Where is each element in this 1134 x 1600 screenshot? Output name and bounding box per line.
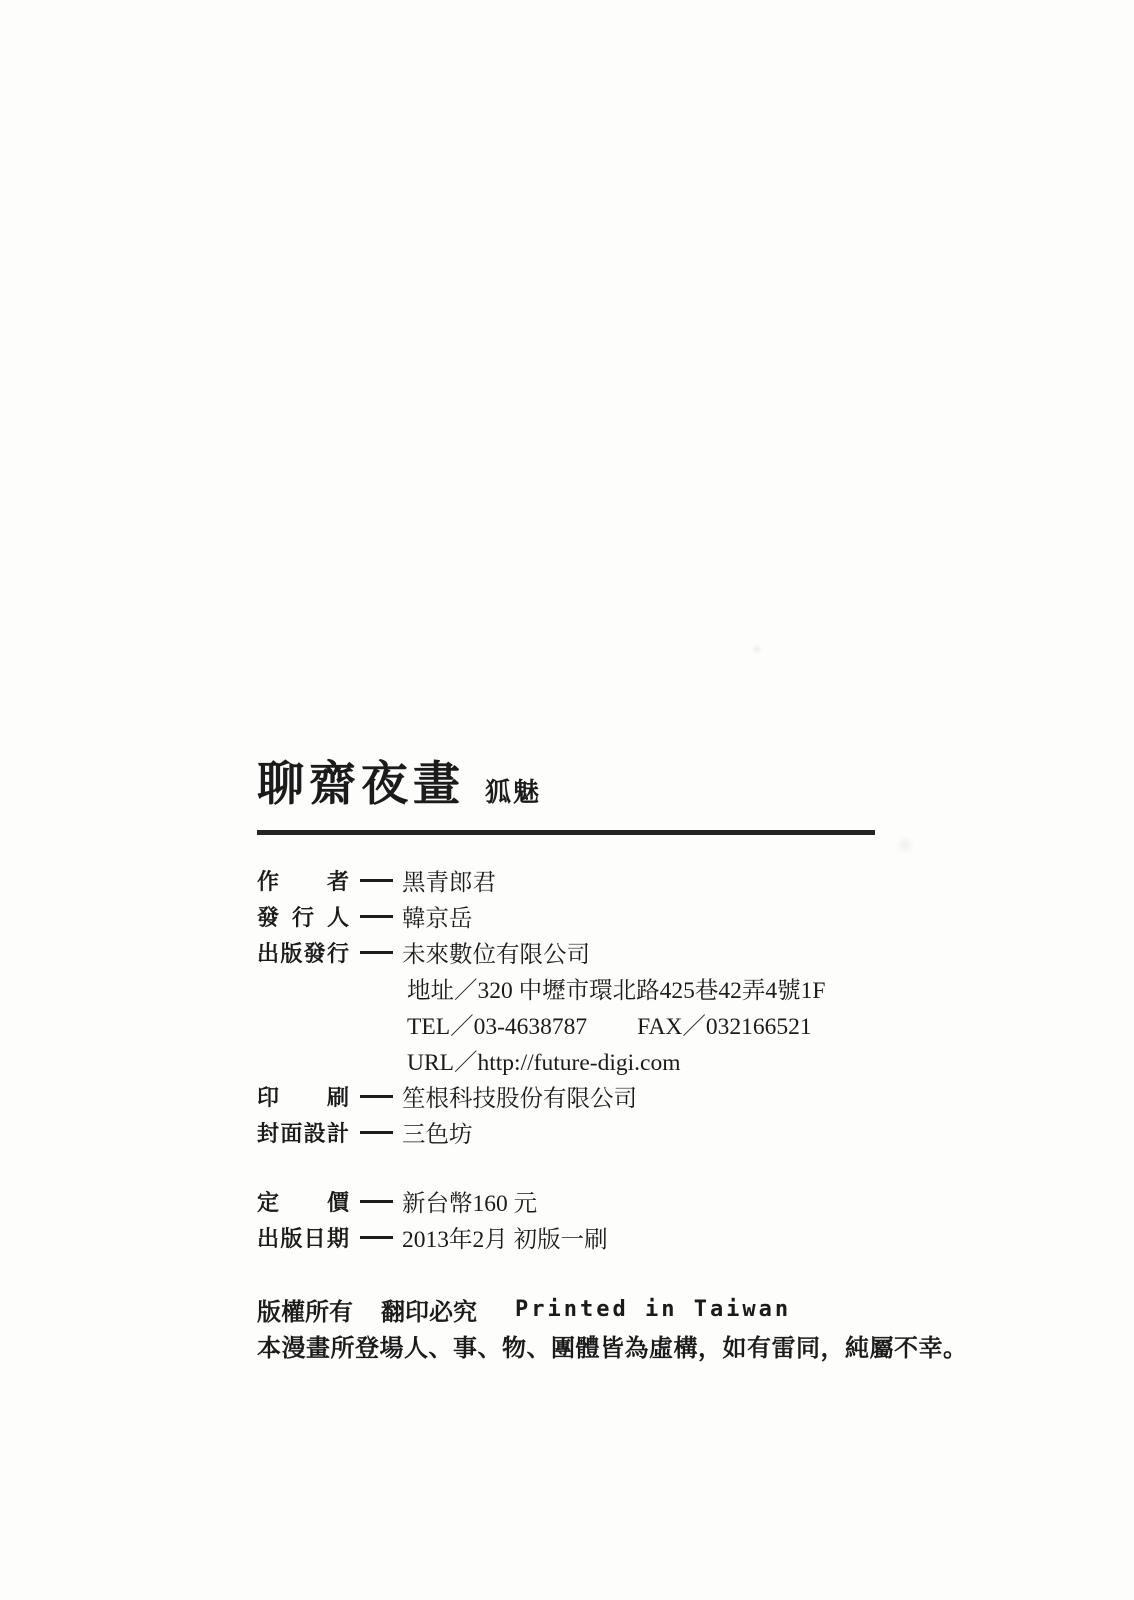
rights-reserved-text: 版權所有: [257, 1292, 353, 1327]
footer-notices: 版權所有 翻印必究 Printed in Taiwan 本漫畫所登場人、事、物、…: [257, 1291, 897, 1363]
row-cover-design-label: 封面設計: [257, 1117, 349, 1148]
colophon-page: 聊齋夜畫 狐魅 作者 黑青郎君 發行人 韓京岳 出版發行 未來數位有限公司 地址…: [0, 0, 1134, 1600]
book-subtitle: 狐魅: [485, 779, 541, 805]
dash-connector: [360, 1131, 393, 1134]
dash-connector: [360, 951, 393, 954]
row-publishing-label: 出版發行: [257, 937, 349, 968]
fax-text: FAX／032166521: [637, 1007, 812, 1041]
row-issuer-value: 韓京岳: [402, 899, 473, 933]
row-price: 定價 新台幣160 元: [257, 1183, 897, 1219]
row-printing-value: 笙根科技股份有限公司: [402, 1079, 637, 1113]
title-rule: [257, 830, 875, 835]
row-publish-date-value: 2013年2月 初版一刷: [402, 1220, 608, 1254]
row-cover-design: 封面設計 三色坊: [257, 1114, 897, 1150]
price-date-rows: 定價 新台幣160 元 出版日期 2013年2月 初版一刷: [257, 1183, 897, 1255]
row-printing-label: 印刷: [257, 1081, 349, 1112]
row-publishing: 出版發行 未來數位有限公司: [257, 934, 897, 970]
tel-text: TEL／03-4638787: [407, 1007, 587, 1041]
address-line: 地址／320 中壢市環北路425巷42弄4號1F: [402, 970, 897, 1006]
url-line: URL／http://future-digi.com: [402, 1042, 897, 1078]
tel-fax-line: TEL／03-4638787 FAX／032166521: [402, 1006, 897, 1042]
row-issuer-label: 發行人: [257, 901, 349, 932]
dash-connector: [360, 1200, 393, 1203]
row-printing: 印刷 笙根科技股份有限公司: [257, 1078, 897, 1114]
row-publishing-value: 未來數位有限公司: [402, 935, 590, 969]
dash-connector: [360, 1095, 393, 1098]
row-author-label: 作者: [257, 865, 349, 896]
disclaimer-text: 本漫畫所登場人、事、物、團體皆為虛構，如有雷同，純屬不幸。: [257, 1327, 897, 1363]
dash-connector: [360, 1236, 393, 1239]
colophon-content: 聊齋夜畫 狐魅 作者 黑青郎君 發行人 韓京岳 出版發行 未來數位有限公司 地址…: [257, 757, 897, 1363]
book-title: 聊齋夜畫: [257, 762, 465, 809]
copyright-line: 版權所有 翻印必究 Printed in Taiwan: [257, 1291, 897, 1327]
dash-connector: [360, 915, 393, 918]
colophon-rows: 作者 黑青郎君 發行人 韓京岳 出版發行 未來數位有限公司 地址／320 中壢市…: [257, 862, 897, 1150]
row-publish-date: 出版日期 2013年2月 初版一刷: [257, 1219, 897, 1255]
row-price-label: 定價: [257, 1186, 349, 1217]
printed-in-taiwan-text: Printed in Taiwan: [515, 1297, 791, 1322]
no-reprint-text: 翻印必究: [381, 1292, 477, 1327]
row-author: 作者 黑青郎君: [257, 862, 897, 898]
row-issuer: 發行人 韓京岳: [257, 898, 897, 934]
title-block: 聊齋夜畫 狐魅: [257, 757, 897, 809]
row-author-value: 黑青郎君: [402, 863, 496, 897]
publisher-details: 地址／320 中壢市環北路425巷42弄4號1F TEL／03-4638787 …: [257, 970, 897, 1078]
row-publish-date-label: 出版日期: [257, 1222, 349, 1253]
row-price-value: 新台幣160 元: [402, 1184, 537, 1218]
row-cover-design-value: 三色坊: [402, 1115, 473, 1149]
dash-connector: [360, 879, 393, 882]
